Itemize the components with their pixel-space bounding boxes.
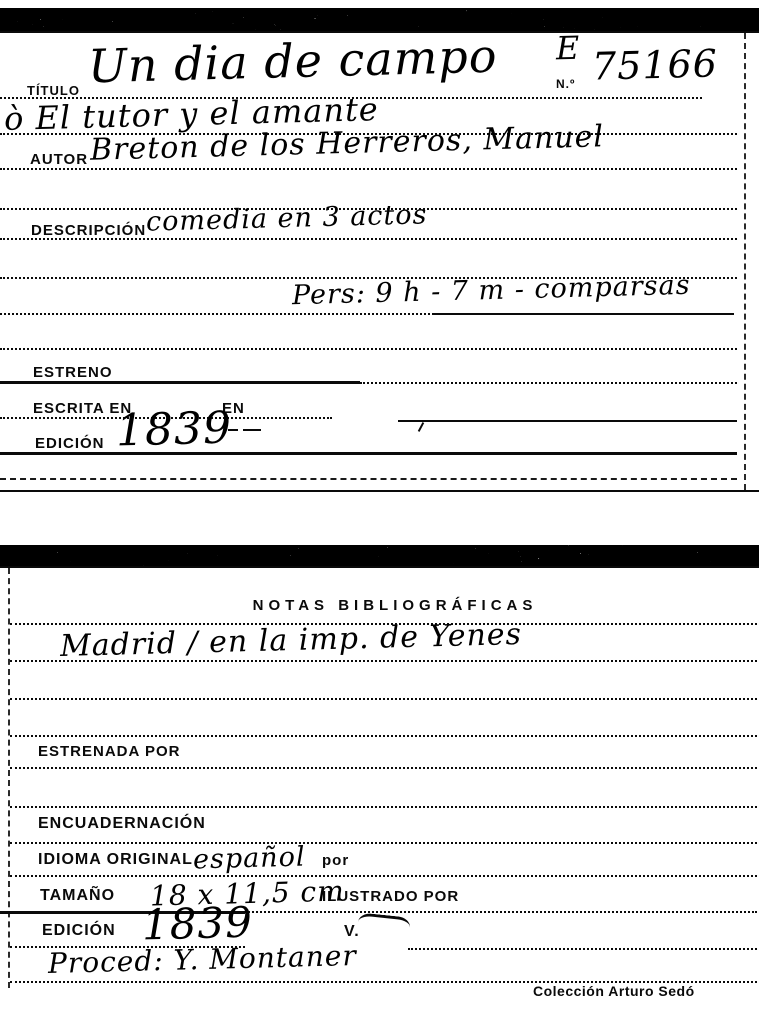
stray-mark — [357, 912, 411, 936]
edicion-label: EDICIÓN — [42, 923, 116, 939]
ruled-line — [398, 420, 737, 422]
num-prefix-handwritten: E — [556, 32, 581, 65]
ruled-line — [0, 348, 737, 350]
ruled-line — [10, 875, 757, 877]
edicion-handwritten: 1839 — [115, 406, 232, 453]
stray-mark — [243, 429, 261, 431]
titulo-label: TÍTULO — [27, 84, 80, 97]
procedencia-handwritten: Proced: Y. Montaner — [48, 942, 357, 978]
ruled-line — [408, 948, 757, 950]
autor-label: AUTOR — [30, 152, 88, 167]
ruled-line — [0, 168, 737, 170]
ruled-line — [0, 452, 737, 455]
estrenada-por-label: ESTRENADA POR — [38, 744, 180, 759]
stray-mark — [418, 422, 424, 432]
ruled-line — [10, 842, 757, 844]
card-left-edge — [8, 568, 10, 988]
coleccion-label: Colección Arturo Sedó — [533, 984, 695, 998]
ruled-line — [10, 767, 757, 769]
edicion-handwritten: 1839 — [141, 902, 253, 947]
descripcion-label: DESCRIPCIÓN — [31, 223, 146, 238]
scan-noise-band — [0, 8, 759, 32]
card-bottom-edge-line — [0, 490, 759, 492]
encuadernacion-label: ENCUADERNACIÓN — [38, 816, 206, 832]
card-top-edge-line — [0, 566, 759, 568]
numero-label: N.º — [556, 78, 575, 90]
descripcion-handwritten: comedia en 3 actos — [146, 201, 428, 235]
ruled-line — [0, 381, 360, 384]
num-value-handwritten: 75166 — [592, 44, 719, 85]
notas-bibliograficas-header: NOTAS BIBLIOGRÁFICAS — [195, 598, 595, 613]
ruled-line — [245, 911, 757, 913]
notas-handwritten: Madrid / en la imp. de Yenes — [60, 620, 523, 662]
edicion-label: EDICIÓN — [35, 436, 105, 451]
ruled-line — [0, 478, 737, 480]
ruled-line — [434, 313, 734, 315]
ruled-line — [0, 313, 434, 315]
idioma-handwritten: español — [193, 844, 306, 874]
titulo-handwritten: Un dia de campo — [87, 33, 498, 90]
ruled-line — [360, 382, 737, 384]
tamano-label: TAMAÑO — [40, 888, 115, 904]
version-label: V. — [344, 924, 360, 940]
ruled-line — [10, 806, 757, 808]
por-label: por — [322, 853, 349, 868]
ruled-line — [10, 698, 757, 700]
catalog-card-scan: TÍTULO N.º AUTOR DESCRIPCIÓN ESTRENO ESC… — [0, 0, 759, 1028]
idioma-original-label: IDIOMA ORIGINAL — [38, 852, 193, 868]
scan-noise-band — [0, 545, 759, 567]
estreno-label: ESTRENO — [33, 365, 113, 380]
card-right-edge — [744, 33, 746, 490]
ruled-line — [10, 735, 757, 737]
